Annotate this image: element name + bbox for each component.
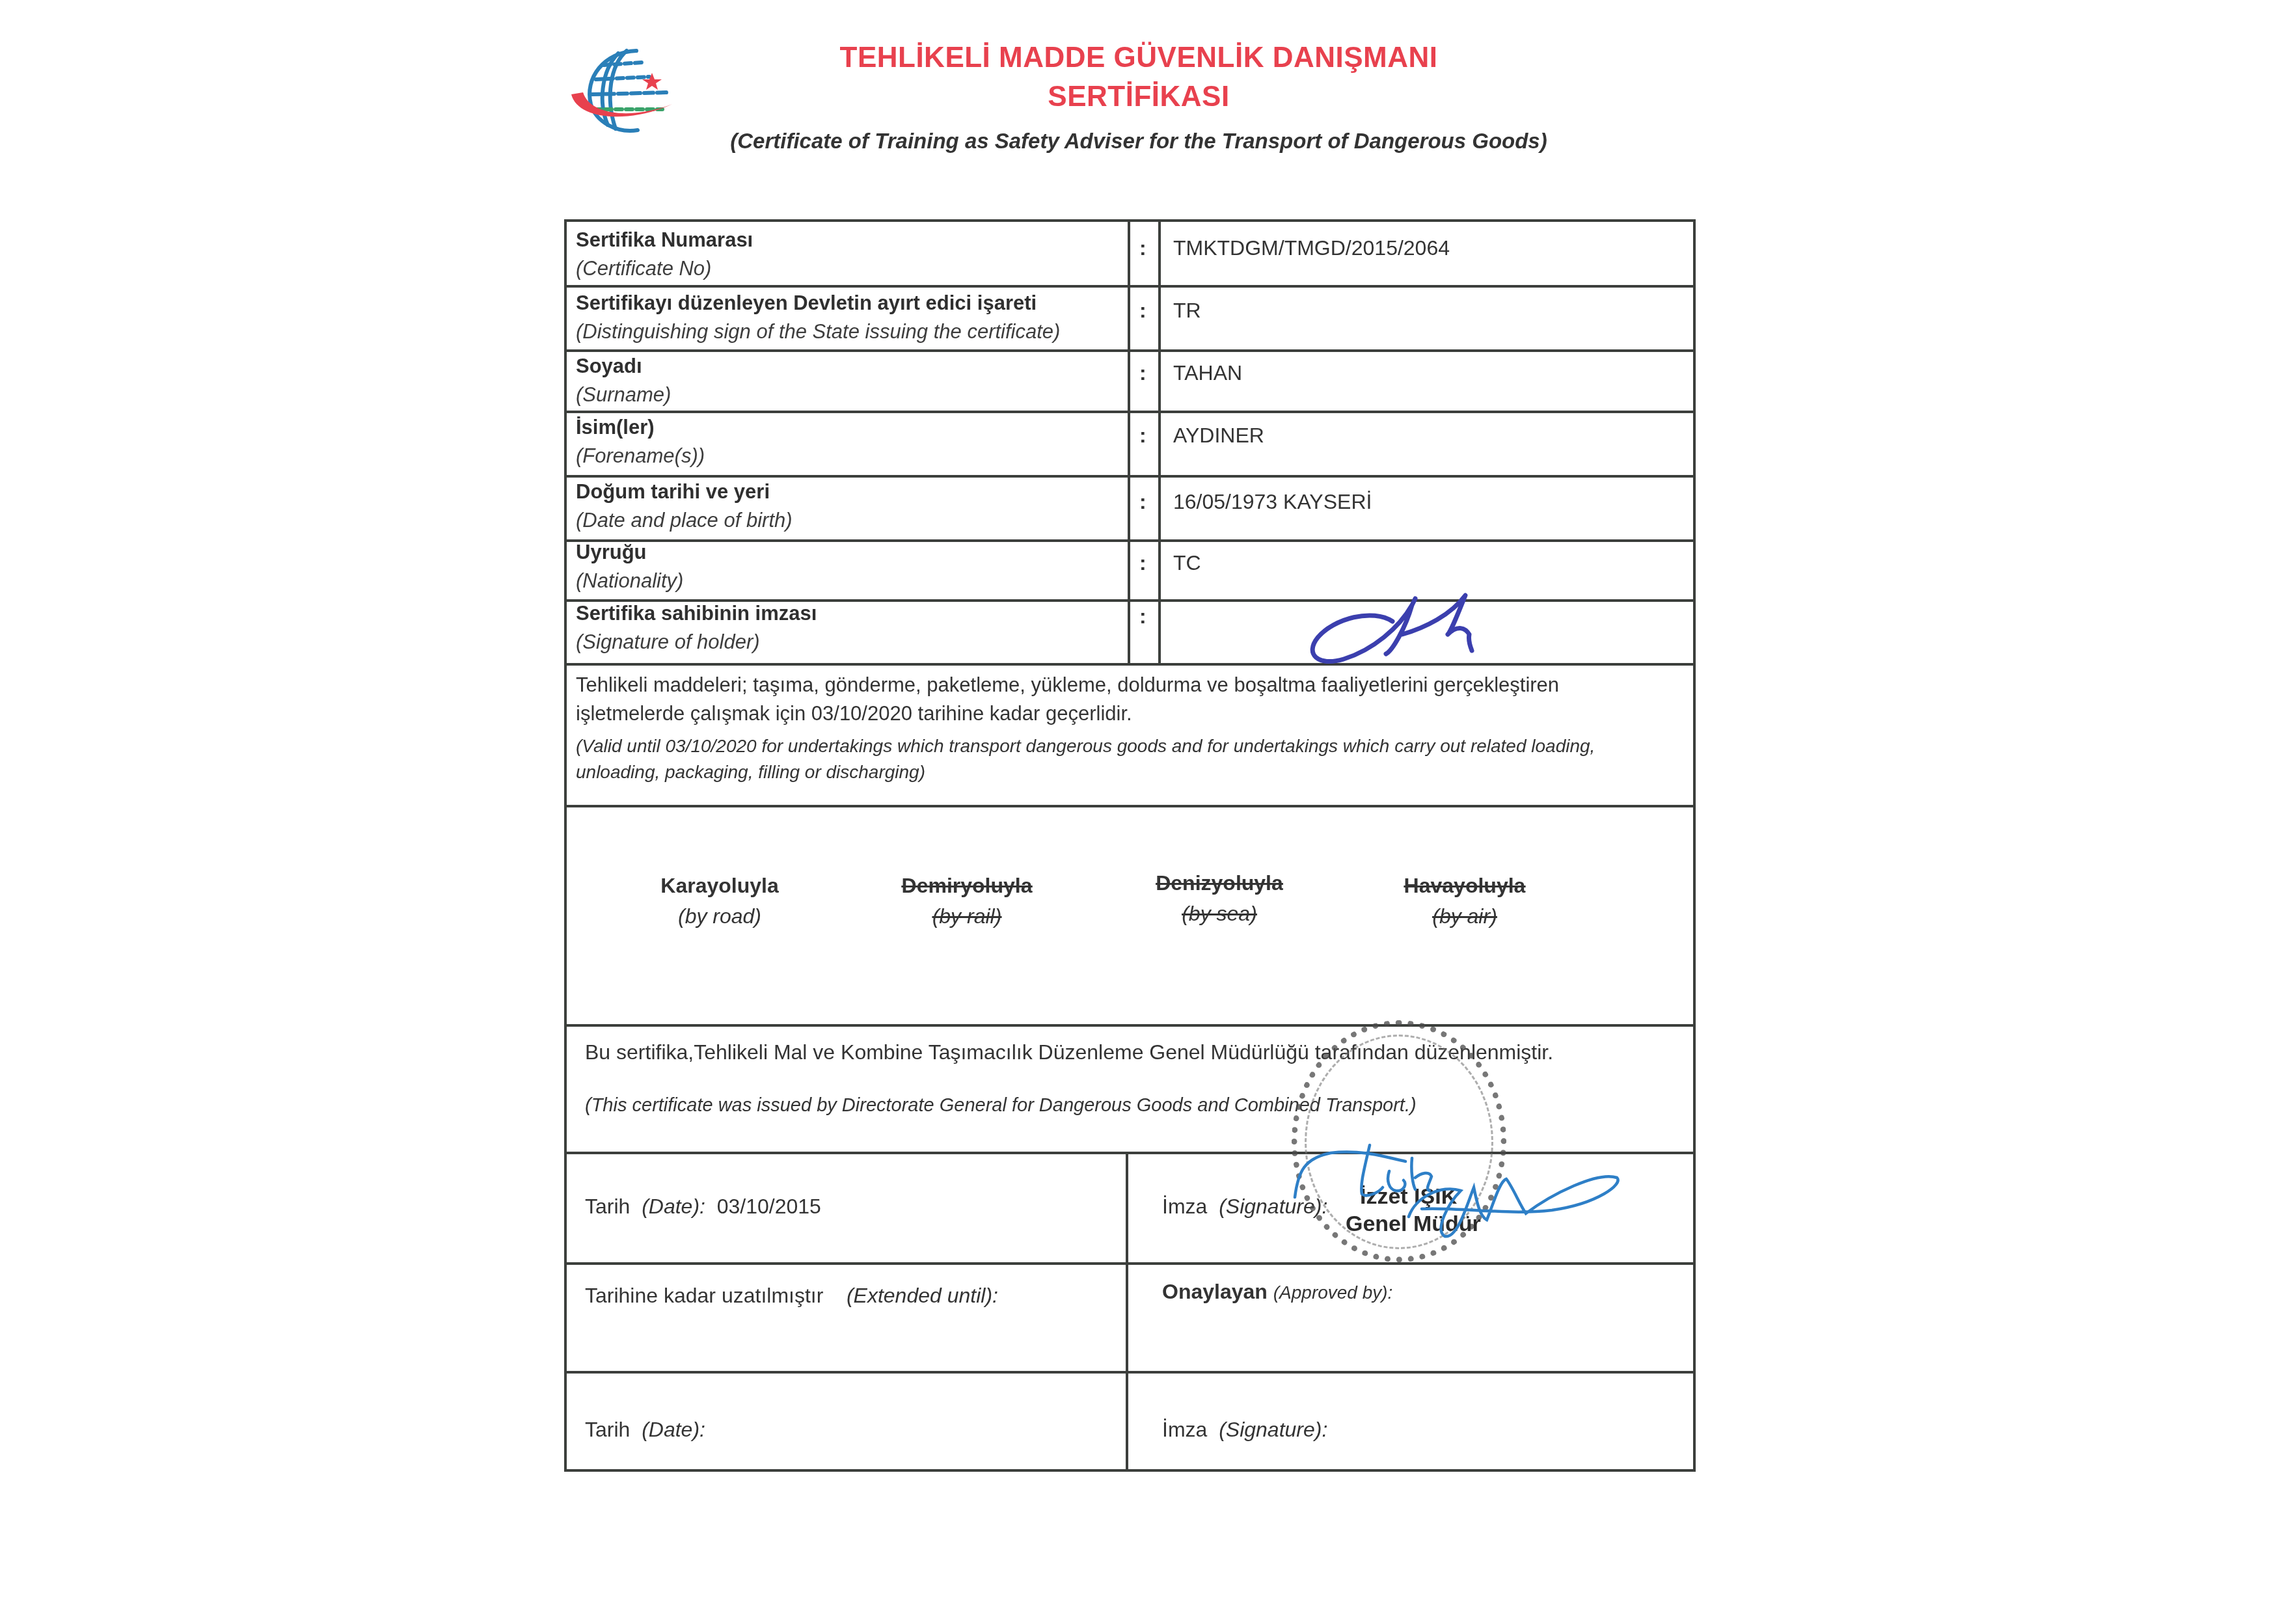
label-tr: Soyadı [576,352,671,381]
certificate-title-line2: SERTİFİKASI [651,81,1627,113]
separator: : [1139,299,1147,323]
date-label-en: (Date): [642,1418,705,1441]
mode-label-tr: Demiryoluyla [869,874,1065,898]
birth-value: 16/05/1973 KAYSERİ [1173,490,1372,514]
mode-rail: Demiryoluyla (by rail) [869,874,1065,928]
forenames-value: AYDINER [1173,424,1264,448]
mode-label-en: (by road) [622,904,817,928]
mode-label-en: (by rail) [869,904,1065,928]
label-en: (Date and place of birth) [576,506,793,535]
separator: : [1139,604,1147,629]
validity-text-tr: Tehlikeli maddeleri; taşıma, gönderme, p… [576,671,1667,728]
label-en: (Forename(s)) [576,442,705,470]
mode-air: Havayoluyla (by air) [1367,874,1562,928]
certificate-table: Sertifika Numarası(Certificate No) : TMK… [564,219,1696,1472]
issuing-state-value: TR [1173,299,1201,323]
label-en: (Surname) [576,381,671,409]
mode-sea: Denizyoluyla (by sea) [1122,871,1317,926]
label-tr: Doğum tarihi ve yeri [576,478,793,506]
issuer-text-en: (This certificate was issued by Director… [585,1095,1417,1116]
mode-label-tr: Denizyoluyla [1122,871,1317,895]
extension-signature-label: İmza (Signature): [1162,1418,1327,1442]
certificate-no-value: TMKTDGM/TMGD/2015/2064 [1173,236,1450,260]
approved-by-label: Onaylayan (Approved by): [1162,1280,1392,1304]
approved-label-tr: Onaylayan [1162,1280,1268,1303]
validity-text-en: (Valid until 03/10/2020 for undertakings… [576,733,1654,785]
approved-label-en: (Approved by): [1273,1282,1393,1303]
separator: : [1139,551,1147,575]
extended-label-en: (Extended until): [847,1284,998,1307]
label-tr: İsim(ler) [576,413,705,442]
label-en: (Distinguishing sign of the State issuin… [576,318,1060,346]
mode-label-tr: Havayoluyla [1367,874,1562,898]
holder-signature-icon [1295,582,1503,673]
nationality-value: TC [1173,551,1201,575]
extension-date-label: Tarih (Date): [585,1418,705,1442]
date-label-tr: Tarih [585,1195,630,1218]
surname-value: TAHAN [1173,361,1242,385]
label-tr: Sertifika Numarası [576,226,753,254]
mode-label-tr: Karayoluyla [622,874,817,898]
mode-label-en: (by sea) [1122,902,1317,926]
director-signature-icon [1292,1132,1643,1256]
extended-label-tr: Tarihine kadar uzatılmıştır [585,1284,823,1307]
mode-road: Karayoluyla (by road) [622,874,817,928]
signature-label-en: (Signature): [1219,1418,1327,1441]
label-tr: Uyruğu [576,538,683,567]
certificate-title-line1: TEHLİKELİ MADDE GÜVENLİK DANIŞMANI [651,42,1627,74]
issue-date-value: 03/10/2015 [717,1195,821,1218]
extended-until-label: Tarihine kadar uzatılmıştır (Extended un… [585,1284,998,1308]
date-label-en: (Date): [642,1195,705,1218]
signature-label-tr: İmza [1162,1418,1207,1441]
label-en: (Certificate No) [576,254,753,283]
signature-label-tr: İmza [1162,1195,1207,1218]
label-tr: Sertifikayı düzenleyen Devletin ayırt ed… [576,289,1060,318]
separator: : [1139,361,1147,385]
separator: : [1139,490,1147,514]
separator: : [1139,424,1147,448]
mode-label-en: (by air) [1367,904,1562,928]
certificate-subtitle: (Certificate of Training as Safety Advis… [586,129,1692,154]
label-tr: Sertifika sahibinin imzası [576,599,817,628]
issue-date: Tarih (Date): 03/10/2015 [585,1195,821,1219]
separator: : [1139,236,1147,260]
label-en: (Nationality) [576,567,683,595]
label-en: (Signature of holder) [576,628,817,656]
date-label-tr: Tarih [585,1418,630,1441]
